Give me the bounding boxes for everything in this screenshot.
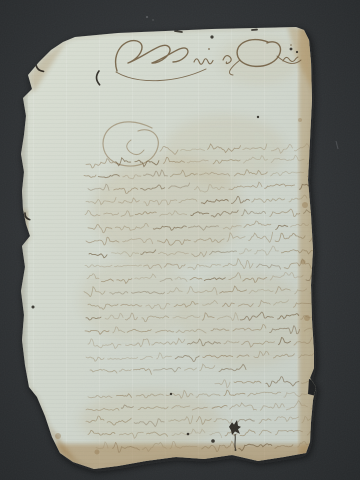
manuscript-scan [0,0,360,480]
photo-grain-overlay [0,0,360,480]
photo-of-manuscript [0,0,360,480]
